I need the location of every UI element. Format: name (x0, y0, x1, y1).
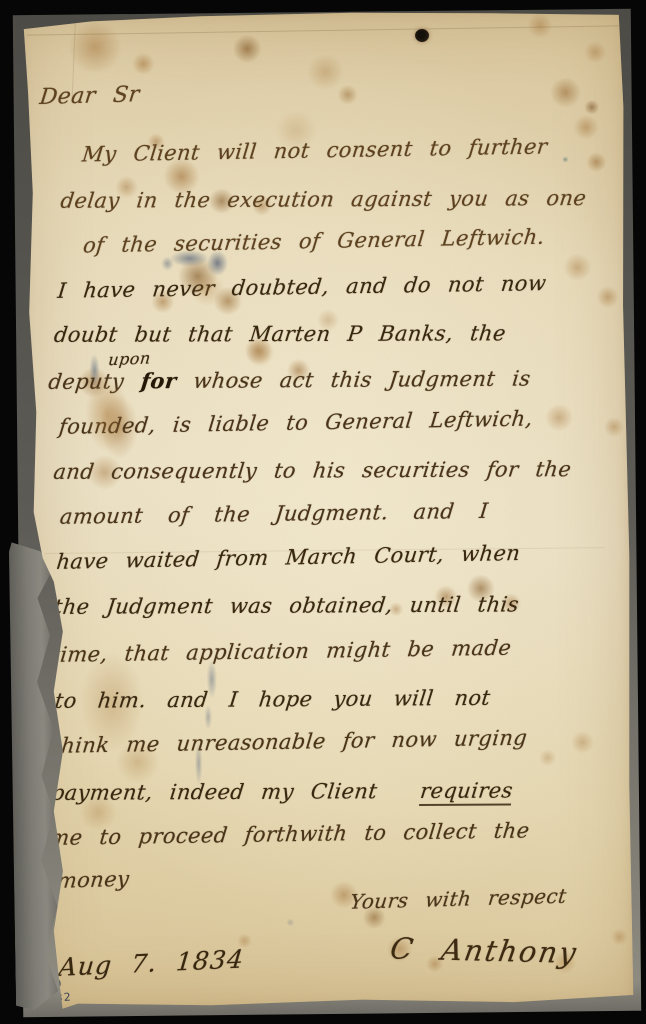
letter-paper: Dear Sr My Client will not consent to fu… (19, 7, 635, 1011)
letter-line: the Judgment was obtained, until this (53, 592, 521, 618)
letter-line: deputy for whose act this Judgment is (47, 366, 532, 394)
letter-line: think me unreasonable for now urging (51, 726, 528, 758)
closing: Yours with respect (349, 884, 568, 914)
letter-line: amount of the Judgment. and I (59, 499, 490, 529)
date-line: Aug 7. 1834 (57, 944, 245, 981)
letter-line: me to proceed forthwith to collect the (48, 818, 531, 850)
deputy-word: deputy (47, 369, 125, 394)
letter-line: I have never doubted, and do not now (56, 271, 547, 303)
letter-line: time, that application might be made (50, 636, 512, 667)
interlinear-insertion: upon (107, 348, 151, 369)
letter-line: have waited from March Court, when (55, 541, 521, 574)
letter-line: delay in the execution against you as on… (59, 186, 587, 213)
overwritten-word: for (140, 368, 178, 393)
ink-hole-spot (415, 29, 429, 42)
line-start: payment, indeed my Client (50, 779, 379, 805)
letter-line: payment, indeed my Client requires (50, 778, 515, 804)
line-rest: whose act this Judgment is (192, 367, 532, 393)
letter-line: My Client will not consent to further (81, 134, 549, 166)
fold-crease (27, 25, 619, 35)
photo-background: Dear Sr My Client will not consent to fu… (0, 0, 646, 1024)
salutation: Dear Sr (38, 82, 141, 110)
letter-line: founded, is liable to General Leftwich, (58, 407, 534, 439)
letter-line: and consequently to his securities for t… (52, 457, 572, 484)
signature: C Anthony (388, 931, 581, 970)
letter-line: of the securities of General Leftwich. (82, 225, 546, 258)
underlined-word: requires (419, 778, 515, 806)
letter-line: doubt but that Marten P Banks, the (53, 321, 508, 347)
letter-line: money (56, 867, 131, 893)
letter-line: to him. and I hope you will not (54, 686, 492, 713)
